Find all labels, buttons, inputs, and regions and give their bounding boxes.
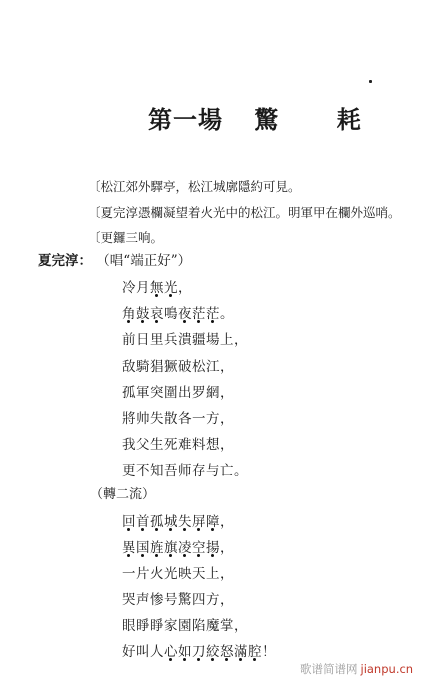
emphasis-dots [122, 528, 220, 532]
site-watermark: 歌谱简谱网jianpu.cn [300, 661, 413, 677]
watermark-url: jianpu.cn [361, 662, 414, 676]
emphasis-dots [122, 294, 178, 298]
scene-name-char-2: 耗 [337, 100, 362, 135]
verse-line: 冷月無光， [122, 276, 192, 296]
watermark-site-name: 歌谱简谱网 [300, 662, 358, 676]
verse-line-text: 我父生死难料想， [122, 437, 234, 453]
verse-line: 孤軍突圍出罗網， [122, 381, 234, 401]
verse-line: 一片火光映天上， [122, 562, 234, 582]
emphasis-dots [122, 554, 220, 558]
verse-line: 角鼓哀鳴夜茫茫。 [122, 302, 234, 322]
emphasis-dots [122, 658, 262, 662]
verse-line: 異国旌旗凌空揚， [122, 536, 234, 556]
stage-direction-3: 〔更鑼三响。 [88, 228, 163, 246]
verse-line-text: 眼睜睜家園陷魔掌， [122, 618, 248, 634]
stage-direction-1: 〔松江郊外驛亭，松江城廓隱約可見。 [88, 177, 301, 195]
verse-line-text: 將帅失散各一方， [122, 411, 234, 427]
verse-line-text: 孤軍突圍出罗網， [122, 385, 234, 401]
verse-line: 敌騎猖獗破松江， [122, 355, 234, 375]
speaker-name: 夏完淳： [38, 253, 92, 269]
verse-line: 哭声惨号驚四方， [122, 588, 234, 608]
verse-line-text: 敌騎猖獗破松江， [122, 359, 234, 375]
verse-line: 更不知吾师存与亡。 [122, 459, 248, 479]
scene-name-char-1: 驚 [254, 100, 279, 135]
verse-line: 眼睜睜家園陷魔掌， [122, 614, 248, 634]
verse-line: 我父生死难料想， [122, 433, 234, 453]
speaker-line: 夏完淳： （唱“端正好”） [38, 249, 191, 269]
print-speck [369, 80, 372, 83]
singing-direction: （唱“端正好”） [96, 253, 191, 269]
verse-line-text: 一片火光映天上， [122, 566, 234, 582]
scene-title: 第一場 驚 耗 [148, 100, 362, 135]
verse-line-text: 前日里兵潰疆場上， [122, 332, 248, 348]
scene-number: 第一場 [148, 100, 223, 135]
stage-direction-2: 〔夏完淳憑欄凝望着火光中的松江。明軍甲在欄外巡哨。 [88, 203, 401, 221]
verse-line: 好叫人心如刀絞怒滿腔！ [122, 640, 276, 660]
emphasis-dots [122, 320, 220, 324]
verse-line-text: 哭声惨号驚四方， [122, 592, 234, 608]
verse-line: 將帅失散各一方， [122, 407, 234, 427]
score-page: 第一場 驚 耗 〔松江郊外驛亭，松江城廓隱約可見。 〔夏完淳憑欄凝望着火光中的松… [0, 0, 441, 690]
tune-change-direction: （轉二流） [90, 483, 155, 502]
verse-line: 回首孤城失屏障， [122, 510, 234, 530]
verse-line-text: 更不知吾师存与亡。 [122, 463, 248, 479]
verse-line: 前日里兵潰疆場上， [122, 328, 248, 348]
